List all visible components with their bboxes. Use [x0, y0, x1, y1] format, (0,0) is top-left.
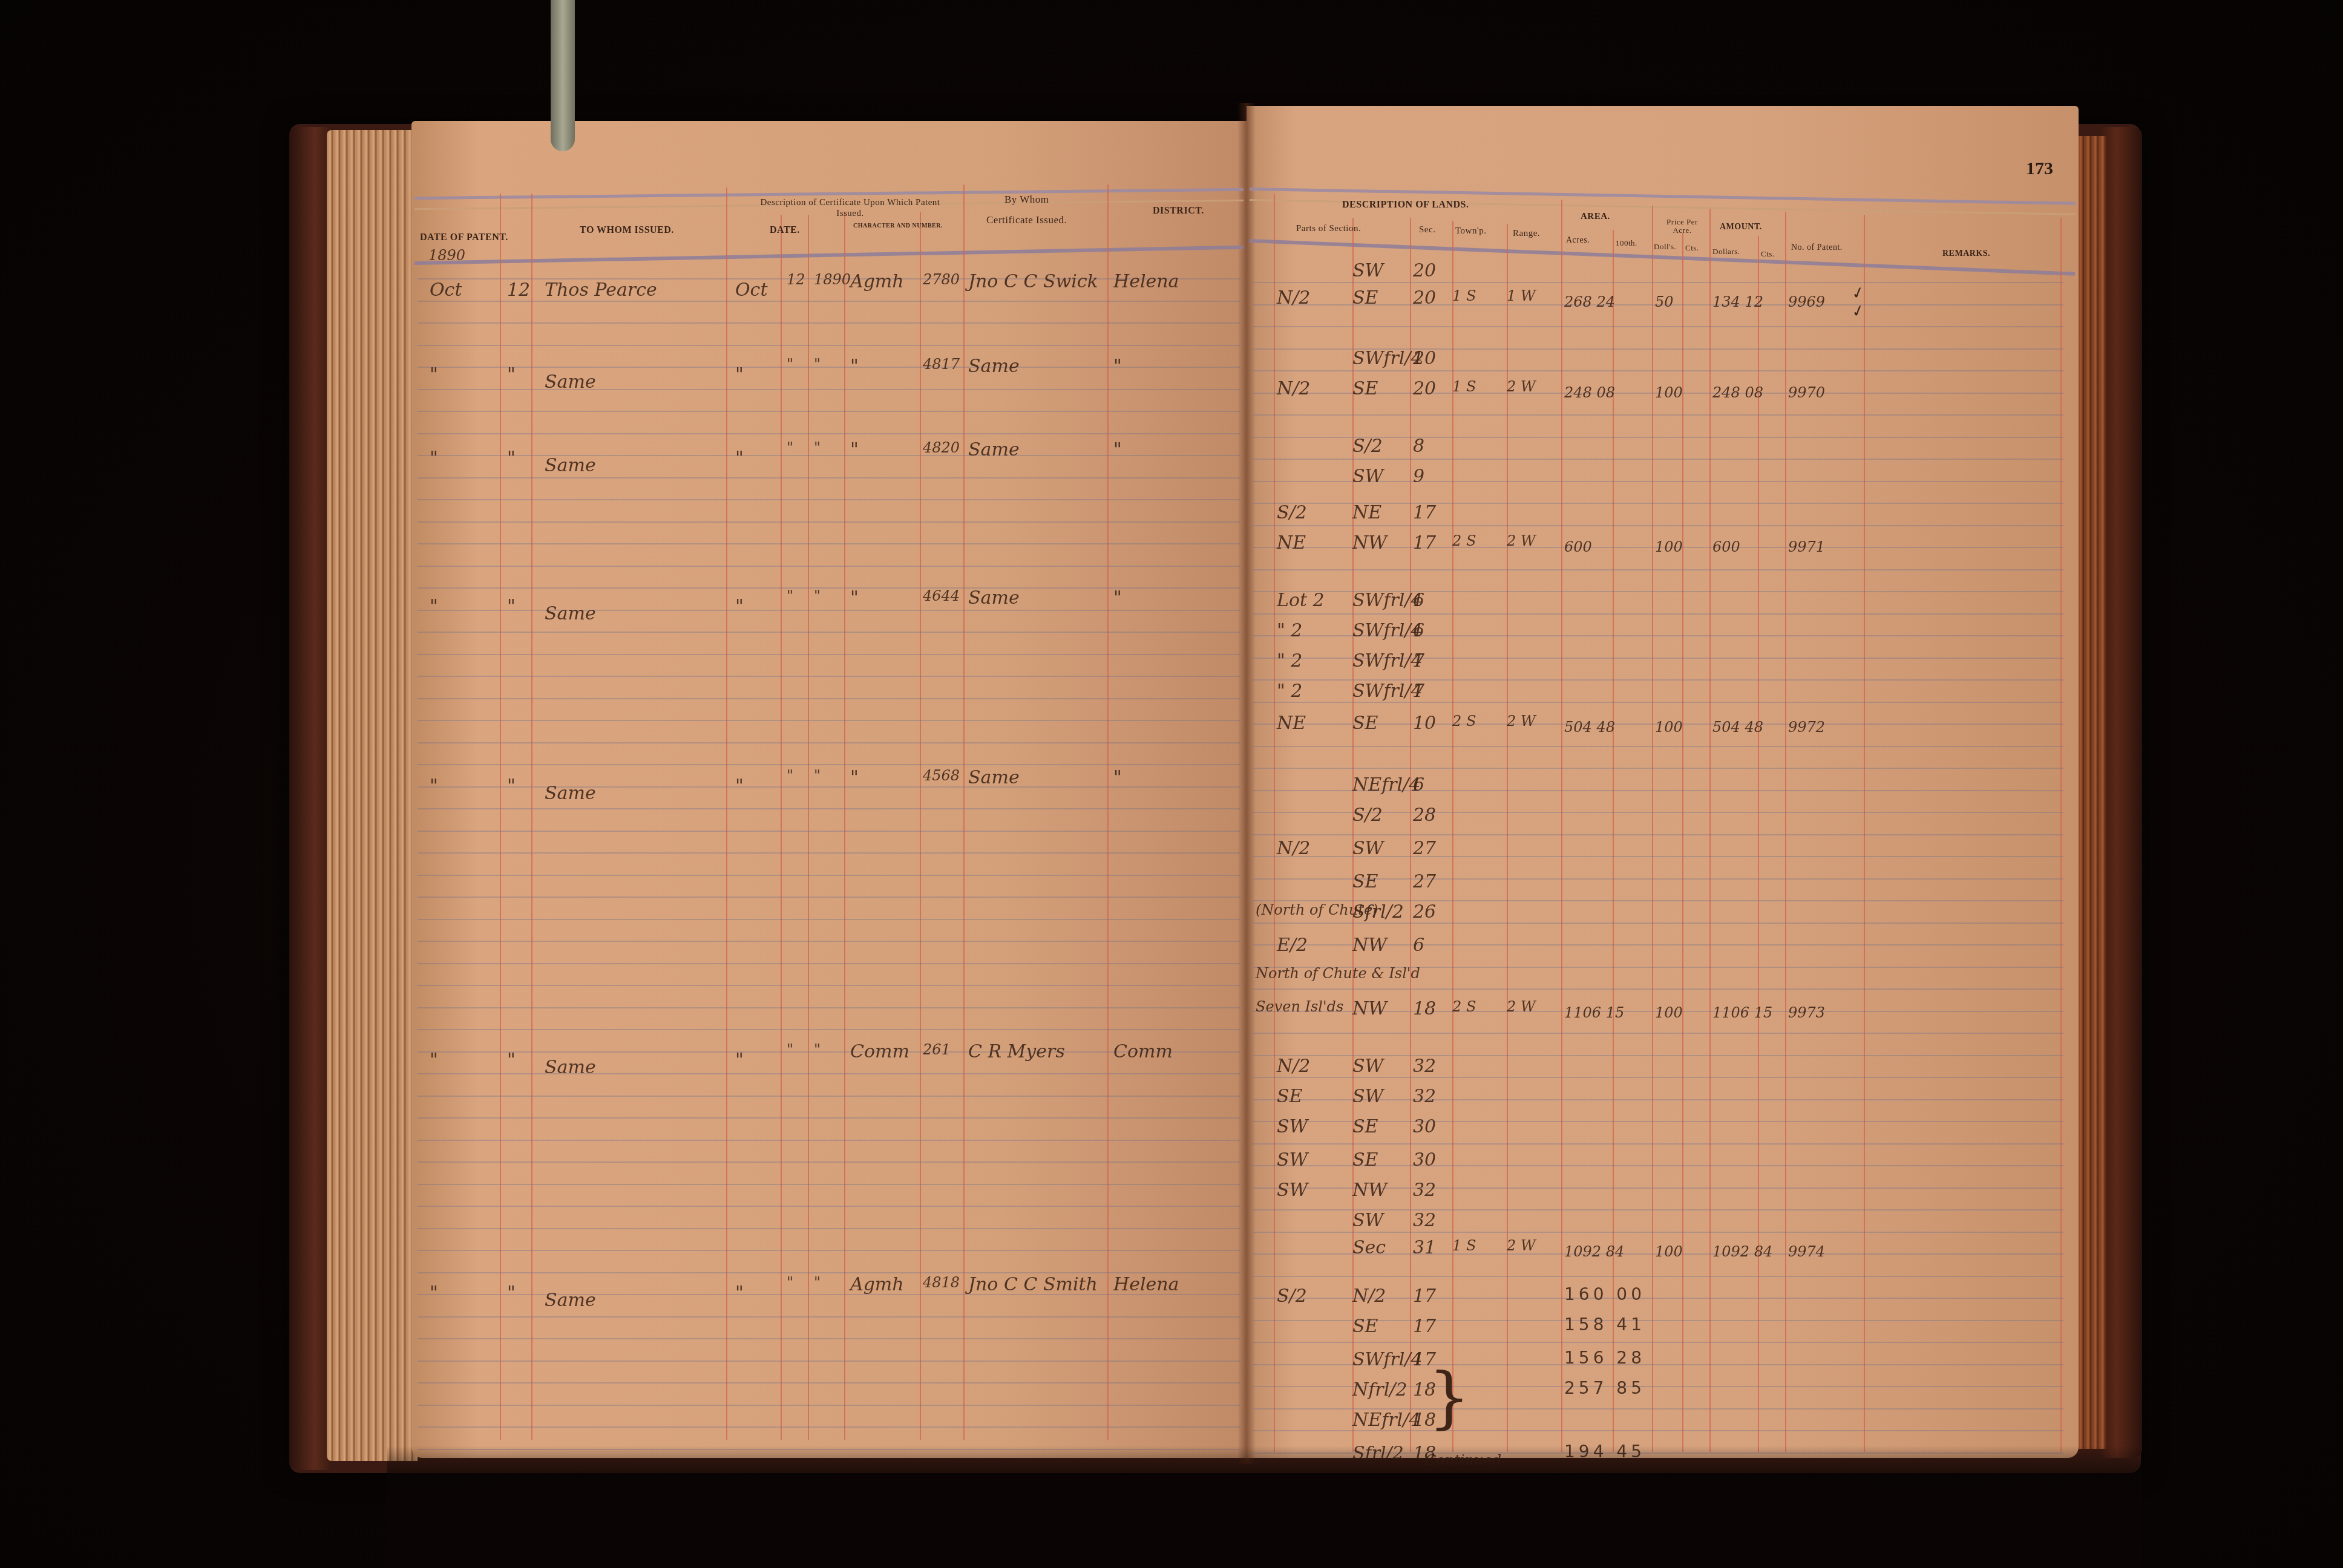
entry-month: " [430, 364, 438, 385]
section-number: 6 [1413, 935, 1424, 956]
col-line [1709, 209, 1711, 1452]
entry-day: " [507, 1282, 516, 1304]
entry-character: Comm [850, 1041, 909, 1062]
entry-month: " [430, 1050, 438, 1071]
ruled-line [1253, 1342, 2063, 1343]
bottom-shadow [387, 1446, 2142, 1567]
ruled-line [1253, 282, 2063, 283]
section-number: 17 [1413, 532, 1436, 554]
section-number: 17 [1413, 1316, 1436, 1337]
section-number: 27 [1413, 871, 1436, 892]
part-of-section: NW [1352, 935, 1387, 956]
entry-by-whom: Same [968, 767, 1020, 788]
part-prefix: N/2 [1277, 287, 1310, 309]
header-area: AREA. [1581, 212, 1610, 222]
entry-cert-number: 2780 [923, 271, 960, 288]
ruled-line [1253, 525, 2063, 526]
ruled-line [418, 477, 1240, 479]
ruled-line [418, 1250, 1240, 1251]
ruled-line [418, 1272, 1240, 1273]
entry-cert-number: 4820 [923, 439, 960, 456]
ruled-line [418, 654, 1240, 655]
range: 2 W [1507, 1237, 1536, 1254]
header-cts: Cts. [1685, 243, 1699, 253]
amount: 504 48 [1712, 719, 1763, 736]
section-number: 30 [1413, 1116, 1436, 1137]
section-number: 27 [1413, 838, 1436, 859]
range: 2 W [1507, 998, 1536, 1015]
section-number: 20 [1413, 260, 1436, 281]
part-of-section: SWfrl/4 [1352, 590, 1423, 611]
ruled-line [418, 1228, 1240, 1229]
entry-name: Thos Pearce [545, 279, 657, 301]
township: 1 S [1452, 378, 1476, 395]
col-line [726, 188, 727, 1440]
section-number: 6 [1413, 590, 1424, 611]
col-line [781, 215, 782, 1440]
ruled-line [1253, 1077, 2063, 1078]
acres: 504 48 [1564, 719, 1615, 736]
entry-character: " [850, 767, 859, 788]
ruled-line [1253, 1143, 2063, 1145]
section-number: 7 [1413, 650, 1424, 671]
header-certificate-description: Description of Certificate Upon Which Pa… [750, 197, 950, 219]
brace-mark: } [1428, 1364, 1470, 1431]
entry-name: Same [545, 783, 596, 804]
col-line [1785, 212, 1786, 1452]
ruled-line [418, 764, 1240, 765]
ruled-line [418, 610, 1240, 611]
col-line [844, 212, 845, 1440]
entry-name: Same [545, 371, 596, 393]
part-of-section: SW [1352, 260, 1383, 281]
entry-district: " [1113, 767, 1122, 788]
township: 2 S [1452, 532, 1476, 549]
entry-character: " [850, 356, 859, 377]
part-prefix: " 2 [1277, 620, 1302, 641]
section-number: 9 [1413, 466, 1424, 487]
entry-district: Helena [1113, 1274, 1179, 1295]
ruled-line [1253, 988, 2063, 990]
ruled-line [418, 1426, 1240, 1428]
entry-cert-year: " [814, 587, 821, 604]
entry-name: Same [545, 1290, 596, 1311]
entry-by-whom: C R Myers [968, 1041, 1065, 1062]
part-of-section: Nfrl/2 [1352, 1379, 1407, 1400]
entry-district: Comm [1113, 1041, 1173, 1062]
acres: 158 41 [1564, 1315, 1645, 1334]
ruled-line [418, 1405, 1240, 1406]
section-number: 32 [1413, 1086, 1436, 1107]
col-line [1452, 221, 1453, 1452]
entry-day: " [507, 596, 516, 617]
amount: 248 08 [1712, 384, 1763, 401]
section-number: 20 [1413, 287, 1436, 309]
part-of-section: NW [1352, 532, 1387, 554]
header-no-of-patent: No. of Patent. [1791, 243, 1843, 253]
left-page [411, 121, 1247, 1458]
part-prefix: SW [1277, 1149, 1308, 1171]
header-township: Town'p. [1455, 226, 1486, 237]
entry-cert-day: " [787, 439, 793, 456]
ruled-line [1253, 1276, 2063, 1277]
part-prefix: SW [1277, 1180, 1308, 1201]
ruled-line [418, 1029, 1240, 1030]
ruled-line [418, 676, 1240, 677]
ruled-line [1253, 569, 2063, 570]
price-per-acre: 50 [1655, 293, 1674, 310]
page-number: 173 [2026, 158, 2053, 179]
entry-cert-year: " [814, 439, 821, 456]
ruled-line [418, 897, 1240, 898]
part-of-section: SE [1352, 1149, 1378, 1171]
entry-cert-month: " [735, 776, 744, 797]
ruled-line [418, 433, 1240, 434]
acres: 600 [1564, 538, 1592, 555]
acres: 156 28 [1564, 1348, 1645, 1368]
entry-cert-day: " [787, 356, 793, 373]
page-stack-left [327, 130, 418, 1461]
section-number: 31 [1413, 1237, 1436, 1258]
ruled-line [418, 852, 1240, 854]
entry-by-whom: Jno C C Smith [968, 1274, 1098, 1295]
entry-cert-year: 1890 [814, 271, 851, 288]
ruled-line [418, 632, 1240, 633]
ruled-line [418, 521, 1240, 523]
part-prefix: S/2 [1277, 502, 1307, 523]
patent-number: 9972 [1788, 719, 1825, 736]
part-of-section: SWfrl/4 [1352, 1349, 1423, 1370]
section-number: 17 [1413, 502, 1436, 523]
cover-edge-left [289, 127, 332, 1470]
entry-day: " [507, 448, 516, 469]
ruled-line [418, 1073, 1240, 1074]
entry-character: Agmh [850, 271, 904, 292]
entry-district: " [1113, 356, 1122, 377]
part-prefix: NE [1277, 713, 1306, 734]
entry-cert-day: 12 [787, 271, 805, 288]
price-per-acre: 100 [1655, 384, 1683, 401]
price-per-acre: 100 [1655, 1243, 1683, 1260]
entry-name: Same [545, 455, 596, 476]
header-by-whom: By Whom [1004, 194, 1049, 206]
ruled-line [1253, 613, 2063, 615]
entry-cert-year: " [814, 767, 821, 784]
header-range: Range. [1513, 229, 1540, 239]
price-per-acre: 100 [1655, 538, 1683, 555]
ruled-line [1253, 834, 2063, 835]
ruled-line [1253, 326, 2063, 327]
ruled-line [418, 322, 1240, 324]
ruled-line [418, 411, 1240, 412]
ruled-line [418, 831, 1240, 832]
ruled-line [1253, 1033, 2063, 1034]
amount: 1106 15 [1712, 1004, 1772, 1021]
section-number: 28 [1413, 805, 1436, 826]
ruled-line [1253, 746, 2063, 747]
part-of-section: NE [1352, 502, 1381, 523]
col-line [1561, 200, 1562, 1452]
ruled-line [418, 1117, 1240, 1119]
part-prefix: " 2 [1277, 681, 1302, 702]
price-per-acre: 100 [1655, 1004, 1683, 1021]
header-price-per-acre: Price Per Acre. [1658, 218, 1706, 235]
section-number: 8 [1413, 436, 1424, 457]
part-of-section: SW [1352, 466, 1383, 487]
patent-number: 9969 [1788, 293, 1825, 310]
part-of-section: SW [1352, 1210, 1383, 1231]
township: 2 S [1452, 713, 1476, 730]
patent-number: 9973 [1788, 1004, 1825, 1021]
entry-cert-number: 4568 [923, 767, 960, 784]
entry-month: " [430, 776, 438, 797]
ruled-line [1253, 768, 2063, 769]
ruled-line [1253, 414, 2063, 416]
amount: 134 12 [1712, 293, 1763, 310]
ruled-line [1253, 370, 2063, 371]
part-of-section: NEfrl/4 [1352, 774, 1420, 795]
entry-cert-number: 4817 [923, 356, 960, 373]
entry-month: " [430, 596, 438, 617]
ruled-line [418, 720, 1240, 721]
header-to-whom-issued: TO WHOM ISSUED. [580, 225, 674, 236]
entry-cert-day: " [787, 587, 793, 604]
entry-by-whom: Same [968, 356, 1020, 377]
part-of-section: SW [1352, 838, 1383, 859]
entry-cert-month: " [735, 1282, 744, 1304]
section-number: 17 [1413, 1285, 1436, 1307]
entry-cert-year: " [814, 1274, 821, 1291]
col-line [500, 194, 501, 1440]
part-of-section: SE [1352, 1316, 1378, 1337]
ruled-line [418, 1338, 1240, 1339]
entry-cert-day: " [787, 1274, 793, 1291]
header-date-of-patent: DATE OF PATENT. [420, 232, 508, 243]
section-number: 20 [1413, 378, 1436, 399]
header-amount: AMOUNT. [1720, 223, 1762, 232]
ruled-line [418, 919, 1240, 920]
entry-character: " [850, 439, 859, 460]
year-heading: 1890 [428, 247, 465, 264]
ruled-line [418, 742, 1240, 743]
entry-day: " [507, 776, 516, 797]
section-number: 6 [1413, 620, 1424, 641]
entry-cert-year: " [814, 356, 821, 373]
ruled-line [418, 389, 1240, 390]
entry-cert-month: Oct [735, 279, 767, 301]
section-number: 10 [1413, 713, 1436, 734]
part-prefix: N/2 [1277, 838, 1310, 859]
header-description-of-lands: DESCRIPTION OF LANDS. [1342, 200, 1469, 211]
part-prefix: N/2 [1277, 378, 1310, 399]
entry-by-whom: Jno C C Swick [968, 271, 1098, 292]
header-cert-date: DATE. [770, 225, 800, 236]
acres: 1092 84 [1564, 1243, 1624, 1260]
part-of-section: NEfrl/4 [1352, 1410, 1420, 1431]
patent-number: 9971 [1788, 538, 1825, 555]
part-of-section: S/2 [1352, 436, 1383, 457]
ruled-line [1253, 1232, 2063, 1233]
entry-cert-year: " [814, 1041, 821, 1058]
township: 1 S [1452, 287, 1476, 304]
entry-month: " [430, 1282, 438, 1304]
col-line [1758, 236, 1759, 1452]
part-prefix: NE [1277, 532, 1306, 554]
bookmark-tab[interactable] [551, 0, 575, 151]
ruled-line [418, 1316, 1240, 1318]
part-of-section: SE [1352, 871, 1378, 892]
ruled-line [418, 941, 1240, 942]
header-hundredths: 100th. [1616, 238, 1637, 248]
entry-by-whom: Same [968, 587, 1020, 609]
section-number: 6 [1413, 774, 1424, 795]
cover-edge-right [2100, 127, 2142, 1458]
entry-character: Agmh [850, 1274, 904, 1295]
ruled-line [418, 985, 1240, 986]
header-amount-cts: Cts. [1761, 249, 1775, 259]
part-prefix: Lot 2 [1277, 590, 1325, 611]
col-line [1613, 230, 1614, 1452]
ruled-line [418, 698, 1240, 699]
header-dollars: Dollars. [1712, 247, 1740, 256]
entry-cert-number: 4818 [923, 1274, 960, 1291]
header-parts-of-section: Parts of Section. [1296, 224, 1361, 234]
header-certificate-issued: Certificate Issued. [986, 214, 1067, 226]
part-of-section: SW [1352, 1086, 1383, 1107]
header-dolls: Doll's. [1654, 242, 1676, 252]
entry-day: " [507, 1050, 516, 1071]
part-of-section: SE [1352, 287, 1378, 309]
patent-number: 9970 [1788, 384, 1825, 401]
col-line [531, 194, 532, 1440]
entry-cert-month: " [735, 448, 744, 469]
entry-character: " [850, 587, 859, 609]
part-of-section: SWfrl/4 [1352, 681, 1423, 702]
entry-name: Same [545, 1057, 596, 1078]
header-sec: Sec. [1419, 225, 1435, 235]
part-of-section: SWfrl/4 [1352, 348, 1423, 369]
section-number: 30 [1413, 1149, 1436, 1171]
ruled-line [418, 1007, 1240, 1008]
range: 2 W [1507, 713, 1536, 730]
col-line [1864, 215, 1865, 1452]
ruled-line [1253, 459, 2063, 460]
entry-district: Helena [1113, 271, 1179, 292]
ruled-line [418, 1096, 1240, 1097]
entry-month: Oct [430, 279, 462, 301]
part-prefix: Seven Isl'ds [1256, 998, 1343, 1015]
section-number: 7 [1413, 681, 1424, 702]
ruled-line [418, 808, 1240, 809]
col-line [1274, 194, 1275, 1452]
amount: 1092 84 [1712, 1243, 1772, 1260]
ruled-line [418, 566, 1240, 567]
ruled-line [418, 963, 1240, 964]
col-line [963, 185, 965, 1440]
part-prefix: " 2 [1277, 650, 1302, 671]
header-remarks: REMARKS. [1942, 249, 1990, 259]
ruled-line [418, 1140, 1240, 1141]
entry-cert-day: " [787, 1041, 793, 1058]
part-of-section: SE [1352, 1116, 1378, 1137]
part-prefix: E/2 [1277, 935, 1308, 956]
col-line [1107, 185, 1109, 1440]
part-of-section: SE [1352, 378, 1378, 399]
amount: 600 [1712, 538, 1740, 555]
entry-name: Same [545, 603, 596, 624]
section-number: 32 [1413, 1056, 1436, 1077]
township: 2 S [1452, 998, 1476, 1015]
entry-day: 12 [507, 279, 530, 301]
section-number: 20 [1413, 348, 1436, 369]
ruled-line [418, 499, 1240, 500]
entry-district: " [1113, 439, 1122, 460]
part-prefix: SE [1277, 1086, 1302, 1107]
section-number: 32 [1413, 1180, 1436, 1201]
ruled-line [418, 345, 1240, 346]
ruled-line [418, 1206, 1240, 1207]
part-of-section: NW [1352, 998, 1387, 1019]
entry-cert-month: " [735, 596, 744, 617]
section-number: 26 [1413, 901, 1436, 923]
township: 1 S [1452, 1237, 1476, 1254]
range: 1 W [1507, 287, 1536, 304]
patent-number: 9974 [1788, 1243, 1825, 1260]
acres: 248 08 [1564, 384, 1615, 401]
range: 2 W [1507, 378, 1536, 395]
part-of-section: NW [1352, 1180, 1387, 1201]
ruled-line [418, 543, 1240, 544]
header-acres: Acres. [1566, 236, 1590, 246]
range: 2 W [1507, 532, 1536, 549]
entry-cert-month: " [735, 364, 744, 385]
acres: 268 24 [1564, 293, 1615, 310]
part-of-section: SWfrl/4 [1352, 650, 1423, 671]
part-prefix: SW [1277, 1116, 1308, 1137]
price-per-acre: 100 [1655, 719, 1683, 736]
col-line [1682, 233, 1683, 1452]
part-of-section: SE [1352, 713, 1378, 734]
entry-district: " [1113, 587, 1122, 609]
acres: 257 85 [1564, 1378, 1645, 1398]
part-of-section: Sec [1352, 1237, 1386, 1258]
part-prefix: North of Chute & Isl'd [1256, 965, 1420, 982]
section-number: 32 [1413, 1210, 1436, 1231]
ruled-line [418, 1382, 1240, 1383]
col-line [920, 212, 921, 1440]
acres: 160 00 [1564, 1284, 1645, 1304]
col-line [1507, 224, 1508, 1452]
entry-cert-number: 4644 [923, 587, 960, 604]
ruled-line [418, 301, 1240, 302]
entry-cert-number: 261 [923, 1041, 951, 1058]
header-district: DISTRICT. [1153, 206, 1204, 217]
part-prefix: N/2 [1277, 1056, 1310, 1077]
part-of-section: SW [1352, 1056, 1383, 1077]
ruled-line [418, 1161, 1240, 1163]
entry-month: " [430, 448, 438, 469]
part-of-section: SWfrl/4 [1352, 620, 1423, 641]
entry-cert-day: " [787, 767, 793, 784]
col-line [808, 215, 809, 1440]
ruled-line [418, 1361, 1240, 1362]
header-character-number: CHARACTER AND NUMBER. [853, 223, 943, 229]
part-of-section: N/2 [1352, 1285, 1386, 1307]
entry-by-whom: Same [968, 439, 1020, 460]
book-gutter [1237, 103, 1256, 1464]
part-prefix: S/2 [1277, 1285, 1307, 1307]
part-of-section: Sfrl/2 [1352, 901, 1404, 923]
